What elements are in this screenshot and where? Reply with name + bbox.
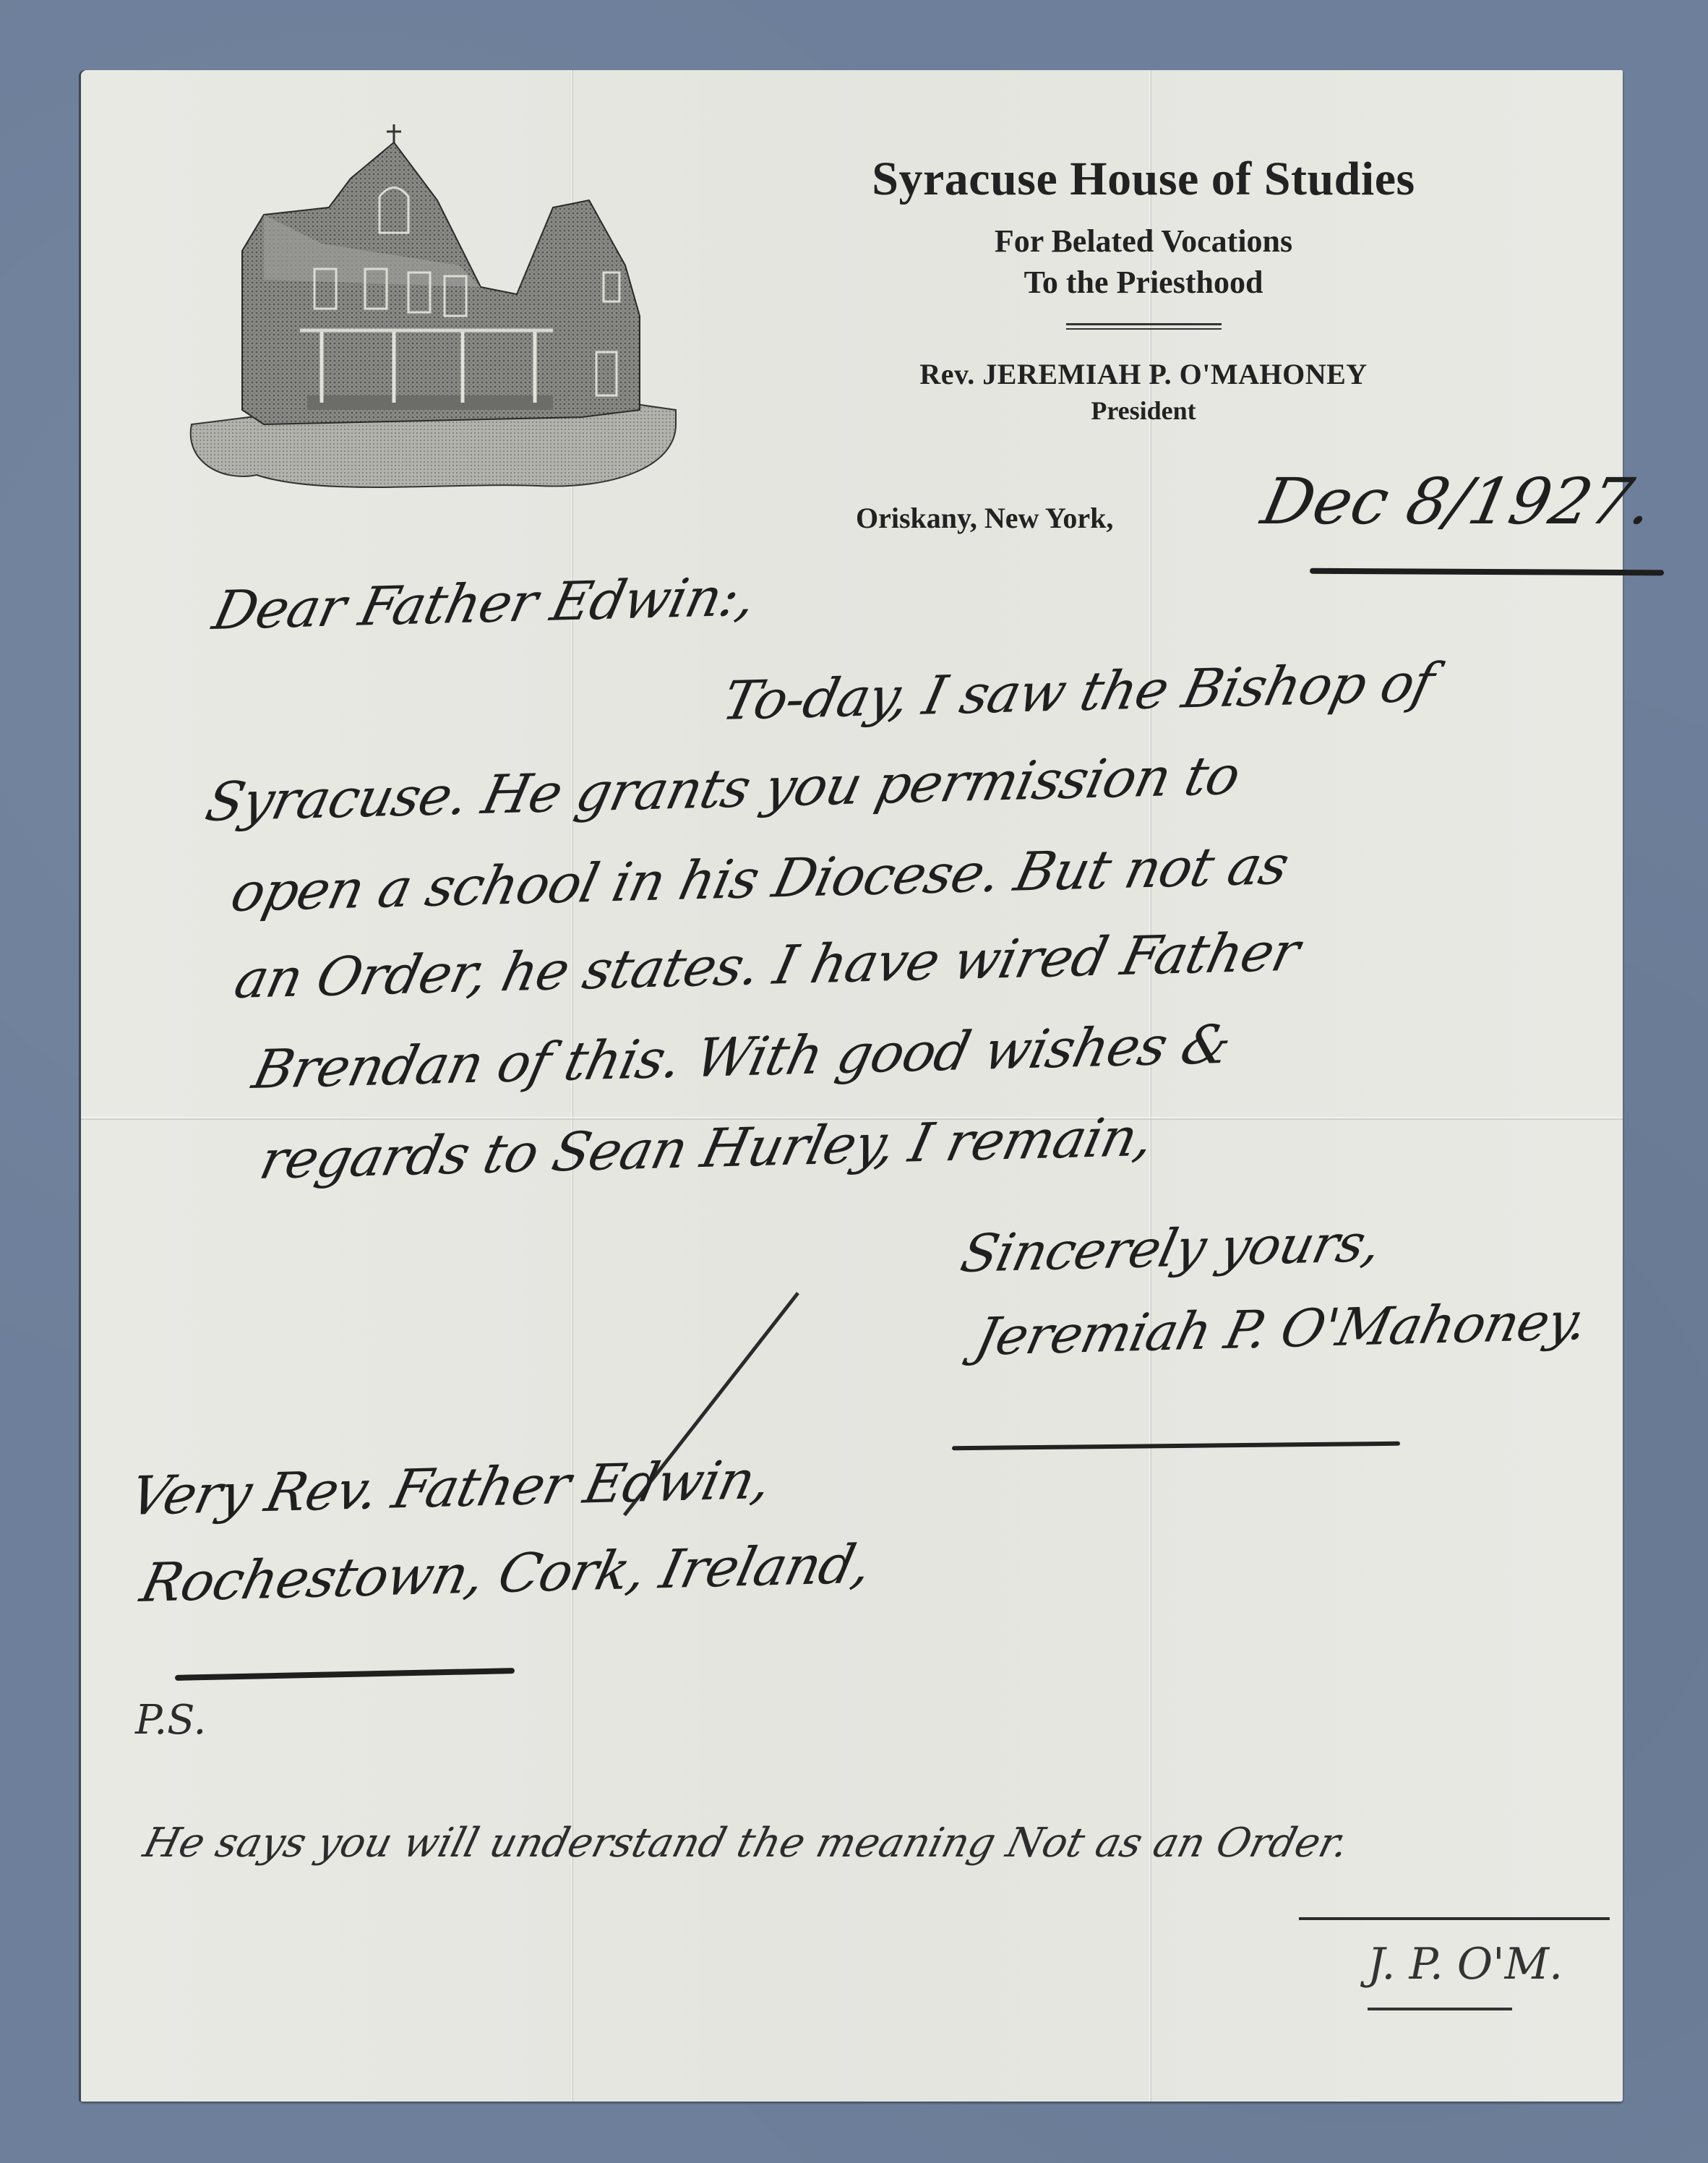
letterhead: Syracuse House of Studies For Belated Vo… [746, 153, 1541, 426]
house-engraving-icon [177, 121, 694, 493]
letterhead-place: Oriskany, New York, [856, 501, 1113, 535]
salutation: Dear Father Edwin:, [207, 566, 761, 642]
postscript-initials: J. P. O'M. [1368, 1939, 1563, 1989]
date-underline [1310, 568, 1664, 576]
president-role: President [746, 395, 1541, 426]
recipient-address-line-2: Rochestown, Cork, Ireland, [135, 1533, 877, 1614]
body-line: Syracuse. He grants you permission to [200, 745, 1245, 834]
postscript-underline [1299, 1917, 1610, 1920]
initials-underline [1368, 2008, 1512, 2010]
letter-paper: Syracuse House of Studies For Belated Vo… [81, 70, 1623, 2102]
president-name: Rev. JEREMIAH P. O'MAHONEY [746, 357, 1541, 391]
body-line: open a school in his Diocese. But not as [226, 834, 1294, 924]
body-line: an Order, he states. I have wired Father [229, 921, 1305, 1011]
institution-subtitle-1: For Belated Vocations [746, 220, 1541, 262]
body-line: To-day, I saw the Bishop of [717, 652, 1439, 732]
recipient-address-line-1: Very Rev. Father Edwin, [124, 1449, 776, 1528]
postscript-text: He says you will understand the meaning … [139, 1820, 1353, 1867]
address-underline [175, 1668, 515, 1681]
body-line: Brendan of this. With good wishes & [247, 1014, 1236, 1101]
letterhead-divider [1066, 323, 1222, 330]
signature: Jeremiah P. O'Mahoney. [970, 1290, 1593, 1367]
postscript-label: P.S. [135, 1697, 206, 1744]
signature-underline [952, 1442, 1400, 1450]
closing: Sincerely yours, [956, 1212, 1386, 1284]
letter-date: Dec 8/1927. [1256, 464, 1660, 539]
institution-subtitle-2: To the Priesthood [746, 262, 1541, 303]
institution-title: Syracuse House of Studies [746, 153, 1541, 206]
